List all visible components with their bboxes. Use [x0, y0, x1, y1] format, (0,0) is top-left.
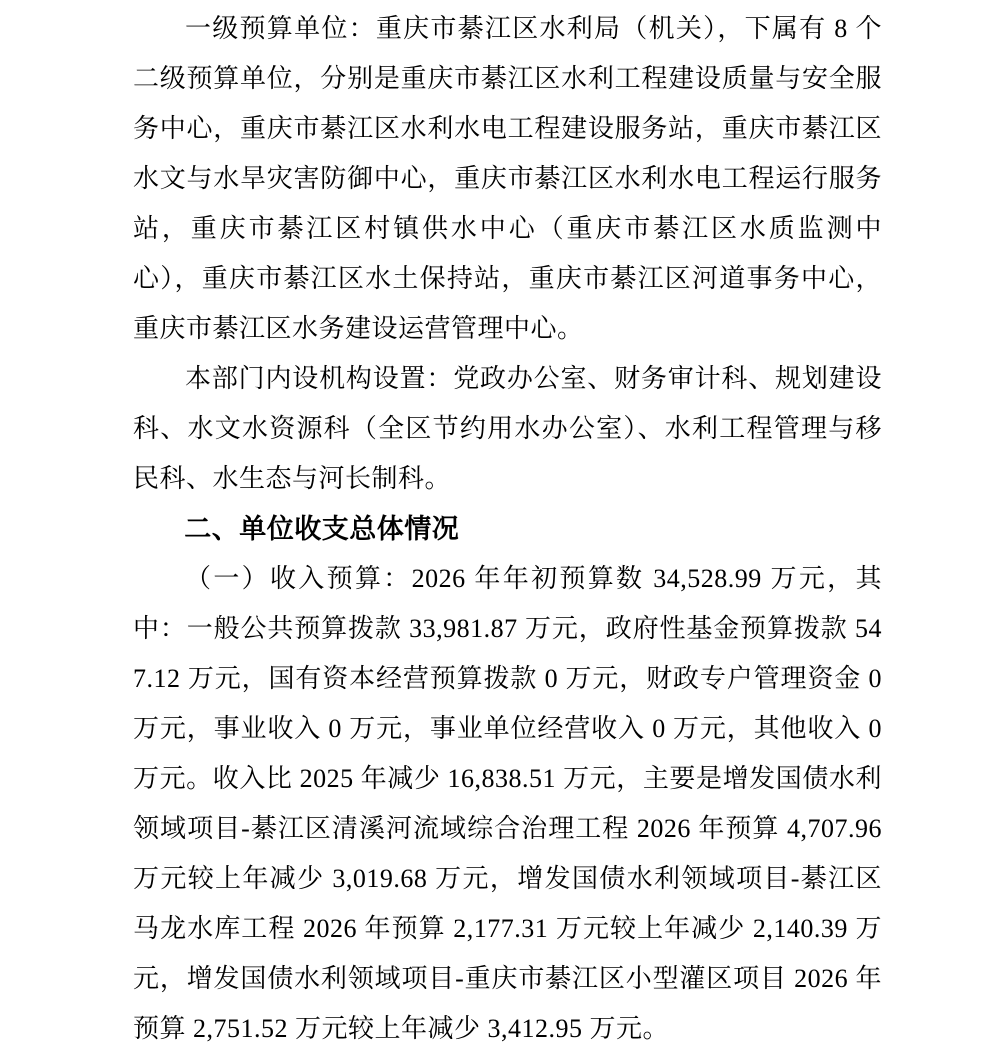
document-page: 一级预算单位：重庆市綦江区水利局（机关），下属有 8 个二级预算单位，分别是重庆…	[0, 0, 1000, 1054]
section-heading-income-expense-overview: 二、单位收支总体情况	[133, 504, 882, 554]
paragraph-budget-units: 一级预算单位：重庆市綦江区水利局（机关），下属有 8 个二级预算单位，分别是重庆…	[133, 4, 882, 354]
paragraph-income-budget: （一）收入预算：2026 年年初预算数 34,528.99 万元，其中：一般公共…	[133, 554, 882, 1054]
paragraph-internal-organizations: 本部门内设机构设置：党政办公室、财务审计科、规划建设科、水文水资源科（全区节约用…	[133, 354, 882, 504]
